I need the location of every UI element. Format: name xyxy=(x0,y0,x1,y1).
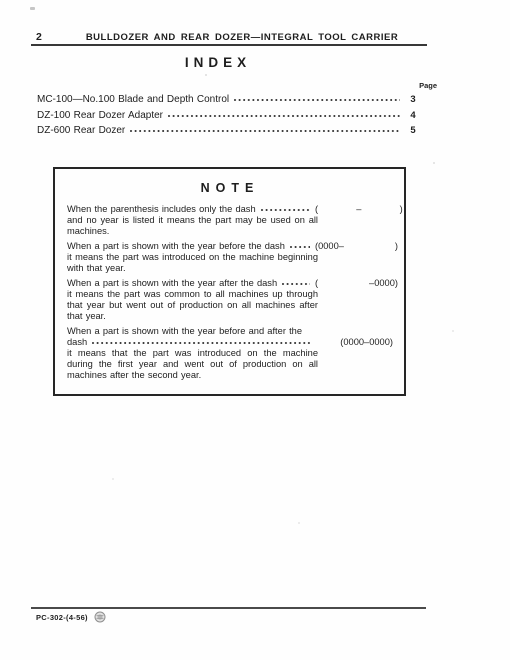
document-page: 2 BULLDOZER AND REAR DOZER—INTEGRAL TOOL… xyxy=(0,0,510,660)
note-lead-text: When a part is shown with the year befor… xyxy=(67,241,285,252)
index-entry-page: 3 xyxy=(405,94,421,105)
note-paragraph: When a part is shown with the year befor… xyxy=(67,241,393,274)
index-heading: INDEX xyxy=(20,55,416,70)
index-entry-label: MC-100—No.100 Blade and Depth Control xyxy=(37,94,229,105)
index-entry-page: 4 xyxy=(405,110,421,121)
note-lead-text: dash xyxy=(67,337,87,348)
index-entry: DZ-600 Rear Dozer 5 xyxy=(37,125,421,136)
note-code-value: ( –0000) xyxy=(315,278,393,289)
printers-union-bug-icon xyxy=(94,611,106,623)
index-entry-label: DZ-100 Rear Dozer Adapter xyxy=(37,110,163,121)
note-body-text: it means the part was introduced on the … xyxy=(67,252,318,274)
note-code-value: (0000–0000) xyxy=(315,337,393,348)
index-entry-page: 5 xyxy=(405,125,421,136)
scan-speck xyxy=(30,7,35,10)
page-header-title: BULLDOZER AND REAR DOZER—INTEGRAL TOOL C… xyxy=(44,32,440,43)
note-paragraph: When a part is shown with the year befor… xyxy=(67,326,393,381)
page-number: 2 xyxy=(36,31,42,43)
note-lead-text: When a part is shown with the year befor… xyxy=(67,326,393,337)
publication-code: PC-302-(4-56) xyxy=(36,613,88,622)
scan-speck xyxy=(433,162,435,164)
note-lead-text: When the parenthesis includes only the d… xyxy=(67,204,256,215)
index-entry: DZ-100 Rear Dozer Adapter 4 xyxy=(37,110,421,121)
note-body-text: it means that the part was introduced on… xyxy=(67,348,318,381)
footer-rule xyxy=(31,607,426,609)
note-paragraph: When a part is shown with the year after… xyxy=(67,278,393,322)
scan-speck xyxy=(452,330,454,332)
index-entry-label: DZ-600 Rear Dozer xyxy=(37,125,125,136)
note-paragraph: When the parenthesis includes only the d… xyxy=(67,204,393,237)
scan-speck xyxy=(205,74,207,76)
note-body-text: it means the part was common to all mach… xyxy=(67,289,318,322)
scan-speck xyxy=(112,478,114,480)
note-code-value: (0000– ) xyxy=(315,241,393,252)
page-column-label: Page xyxy=(0,81,437,90)
header-rule xyxy=(31,44,427,46)
note-heading: NOTE xyxy=(67,181,393,195)
footer: PC-302-(4-56) xyxy=(36,611,106,623)
index-list: MC-100—No.100 Blade and Depth Control 3 … xyxy=(37,94,421,141)
note-code-value: ( – ) xyxy=(315,204,393,215)
index-entry: MC-100—No.100 Blade and Depth Control 3 xyxy=(37,94,421,105)
note-body-text: and no year is listed it means the part … xyxy=(67,215,318,237)
note-lead-text: When a part is shown with the year after… xyxy=(67,278,277,289)
note-box: NOTE When the parenthesis includes only … xyxy=(53,167,406,396)
scan-speck xyxy=(298,522,300,524)
